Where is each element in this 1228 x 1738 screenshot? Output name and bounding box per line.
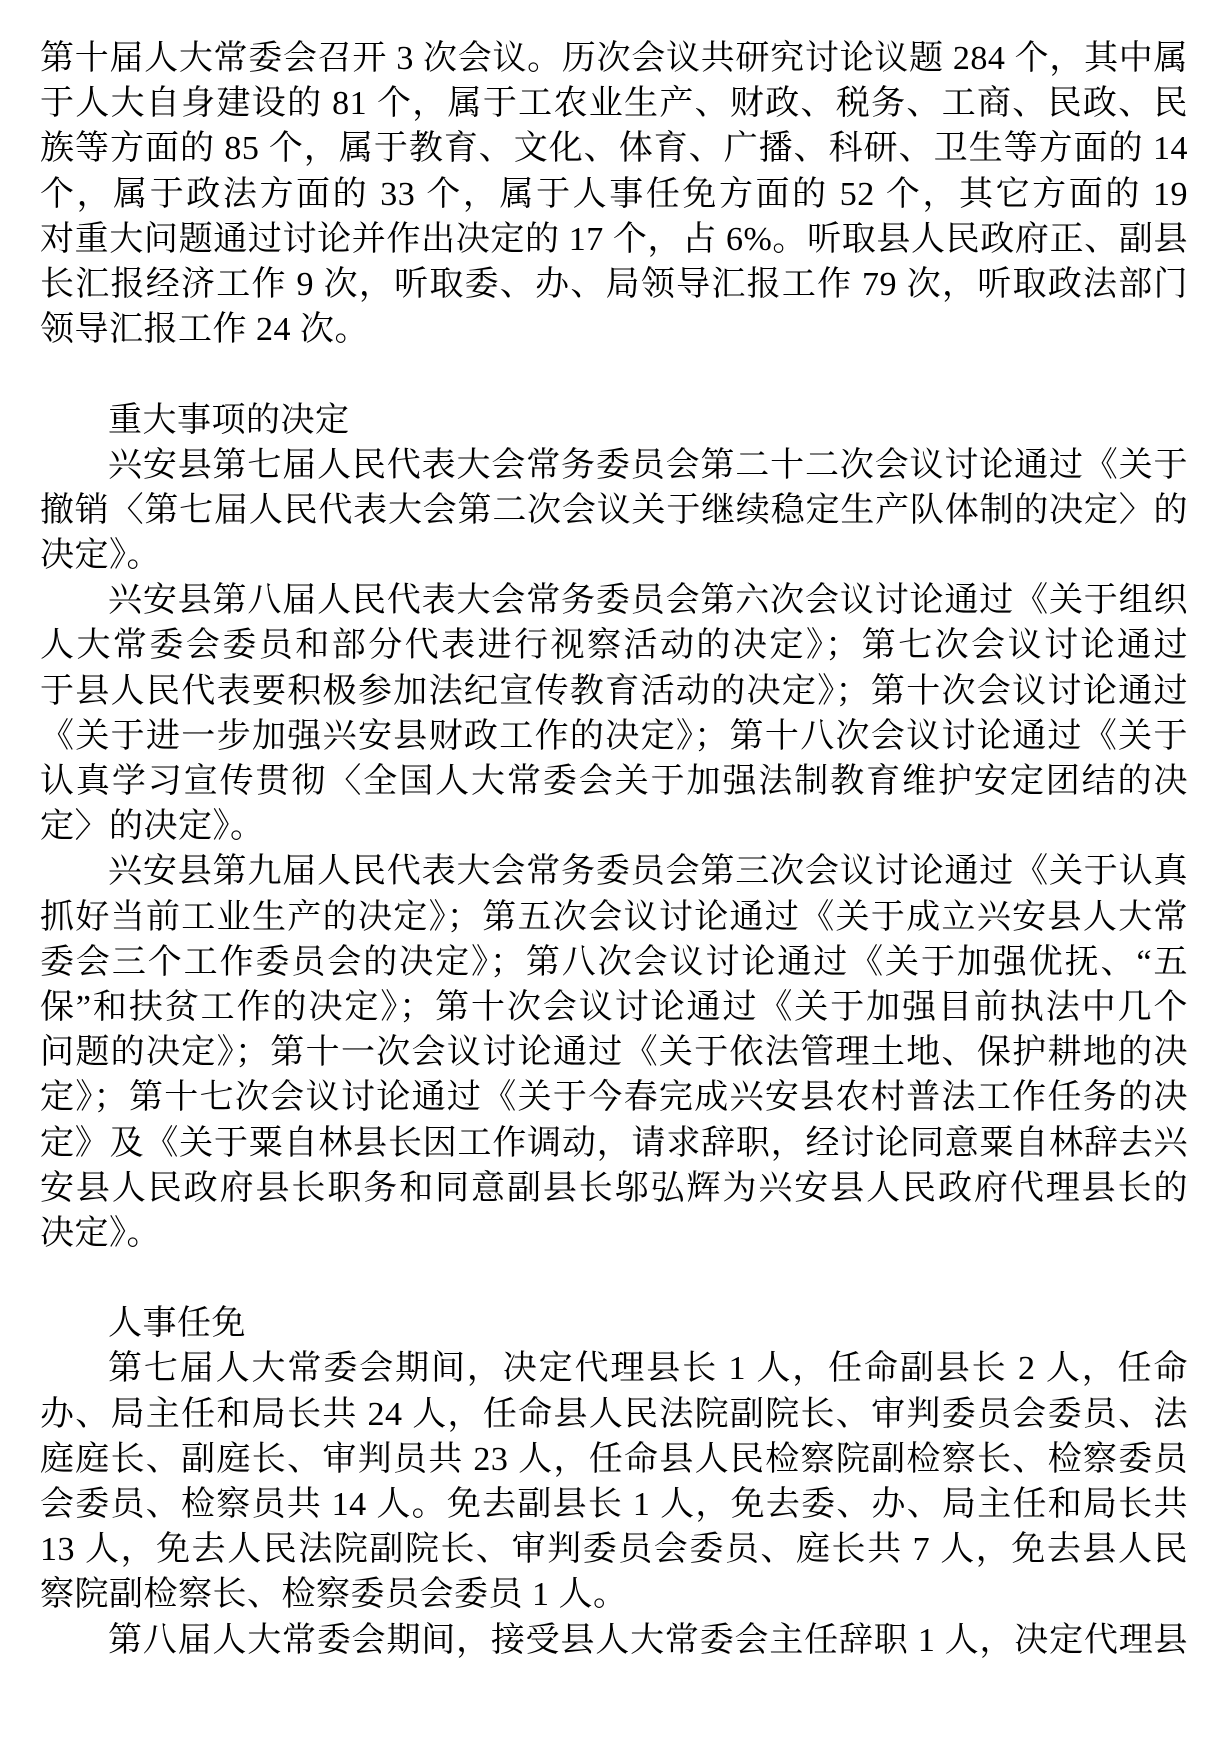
text-line: 察院副检察长、检察委员会委员 1 人。 xyxy=(40,1572,1188,1617)
text-line: 定》；第十七次会议讨论通过《关于今春完成兴安县农村普法工作任务的决 xyxy=(40,1075,1188,1120)
text-line: 庭庭长、副庭长、审判员共 23 人，任命县人民检察院副检察长、检察委员 xyxy=(40,1437,1188,1482)
text-line: 决定》。 xyxy=(40,1211,1188,1256)
text-line: 委会三个工作委员会的决定》；第八次会议讨论通过《关于加强优抚、“五 xyxy=(40,940,1188,985)
text-line: 办、局主任和局长共 24 人，任命县人民法院副院长、审判委员会委员、法 xyxy=(40,1392,1188,1437)
text-line: 撤销〈第七届人民代表大会第二次会议关于继续稳定生产队体制的决定〉的 xyxy=(40,488,1188,533)
text-line: 抓好当前工业生产的决定》；第五次会议讨论通过《关于成立兴安县人大常 xyxy=(40,895,1188,940)
text-line: 13 人，免去人民法院副院长、审判委员会委员、庭长共 7 人，免去县人民检 xyxy=(40,1527,1188,1572)
text-line: 第十届人大常委会召开 3 次会议。历次会议共研究讨论议题 284 个，其中属 xyxy=(40,36,1188,81)
text-line: 领导汇报工作 24 次。 xyxy=(40,307,1188,352)
text-line: 《关于进一步加强兴安县财政工作的决定》；第十八次会议讨论通过《关于 xyxy=(40,714,1188,759)
text-line: 问题的决定》；第十一次会议讨论通过《关于依法管理土地、保护耕地的决 xyxy=(40,1030,1188,1075)
text-line: 兴安县第八届人民代表大会常务委员会第六次会议讨论通过《关于组织 xyxy=(40,578,1188,623)
text-line: 长汇报经济工作 9 次，听取委、办、局领导汇报工作 79 次，听取政法部门 xyxy=(40,262,1188,307)
text-line: 人大常委会委员和部分代表进行视察活动的决定》；第七次会议讨论通过《关 xyxy=(40,623,1188,668)
text-line: 第八届人大常委会期间，接受县人大常委会主任辞职 1 人，决定代理县 xyxy=(40,1618,1188,1663)
text-line: 决定》。 xyxy=(40,533,1188,578)
text-line: 于县人民代表要积极参加法纪宣传教育活动的决定》；第十次会议讨论通过 xyxy=(40,669,1188,714)
blank-line xyxy=(40,1256,1188,1301)
text-line: 兴安县第九届人民代表大会常务委员会第三次会议讨论通过《关于认真 xyxy=(40,849,1188,894)
text-line: 定〉的决定》。 xyxy=(40,804,1188,849)
text-line: 对重大问题通过讨论并作出决定的 17 个，占 6%。听取县人民政府正、副县 xyxy=(40,217,1188,262)
major-decisions-heading: 重大事项的决定 xyxy=(40,398,1188,443)
text-line: 于人大自身建设的 81 个，属于工农业生产、财政、税务、工商、民政、民 xyxy=(40,81,1188,126)
blank-line xyxy=(40,352,1188,397)
text-line: 安县人民政府县长职务和同意副县长邬弘辉为兴安县人民政府代理县长的 xyxy=(40,1166,1188,1211)
text-line: 定》及《关于粟自林县长因工作调动，请求辞职，经讨论同意粟自林辞去兴 xyxy=(40,1121,1188,1166)
text-line: 会委员、检察员共 14 人。免去副县长 1 人，免去委、办、局主任和局长共 xyxy=(40,1482,1188,1527)
document-body: 第十届人大常委会召开 3 次会议。历次会议共研究讨论议题 284 个，其中属于人… xyxy=(40,36,1188,1663)
text-line: 个，属于政法方面的 33 个，属于人事任免方面的 52 个，其它方面的 19 个… xyxy=(40,172,1188,217)
text-line: 第七届人大常委会期间，决定代理县长 1 人，任命副县长 2 人，任命委、 xyxy=(40,1346,1188,1391)
text-line: 兴安县第七届人民代表大会常务委员会第二十二次会议讨论通过《关于 xyxy=(40,443,1188,488)
text-line: 认真学习宣传贯彻〈全国人大常委会关于加强法制教育维护安定团结的决 xyxy=(40,759,1188,804)
text-line: 族等方面的 85 个，属于教育、文化、体育、广播、科研、卫生等方面的 14 xyxy=(40,126,1188,171)
personnel-appointments-heading: 人事任免 xyxy=(40,1301,1188,1346)
text-line: 保”和扶贫工作的决定》；第十次会议讨论通过《关于加强目前执法中几个 xyxy=(40,985,1188,1030)
document-page: 第十届人大常委会召开 3 次会议。历次会议共研究讨论议题 284 个，其中属于人… xyxy=(0,0,1228,1738)
